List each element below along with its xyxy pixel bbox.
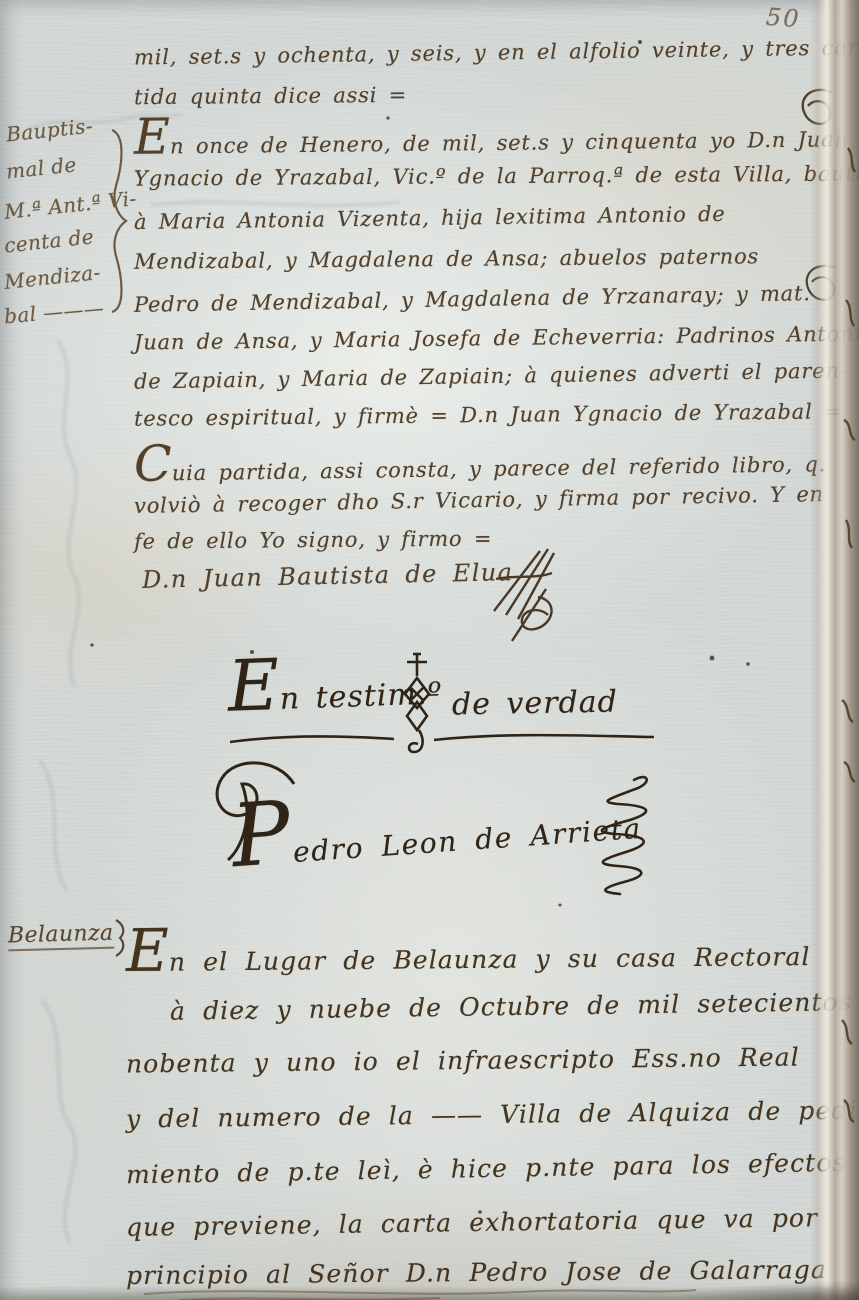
manuscript-line: Ygnacio de Yrazabal, Vic.º de la Parroq.… xyxy=(134,161,859,190)
manuscript-line: tida quinta dice assi = xyxy=(134,83,407,109)
rubric-elua xyxy=(482,545,562,645)
folio-number: 50 xyxy=(765,3,801,33)
margin-brace xyxy=(106,126,132,316)
manuscript-line: En el Lugar de Belaunza y su casa Rector… xyxy=(126,929,811,977)
bottom-corner-shadow xyxy=(599,1278,859,1300)
attestation-underline xyxy=(228,728,658,746)
margin-note-belaunza: Belaunza xyxy=(8,921,114,952)
manuscript-line: En once de Henero, de mil, set.s y cinqu… xyxy=(134,116,849,158)
manuscript-page: 50 mil, set.s y ochenta, y seis, y en el… xyxy=(0,0,859,1300)
attestation-right: de verdad xyxy=(452,685,618,723)
manuscript-line: fe de ello Yo signo, y firmo = xyxy=(134,526,493,553)
rubric-arrieta xyxy=(556,768,651,908)
edge-ink-marks xyxy=(822,0,859,1300)
